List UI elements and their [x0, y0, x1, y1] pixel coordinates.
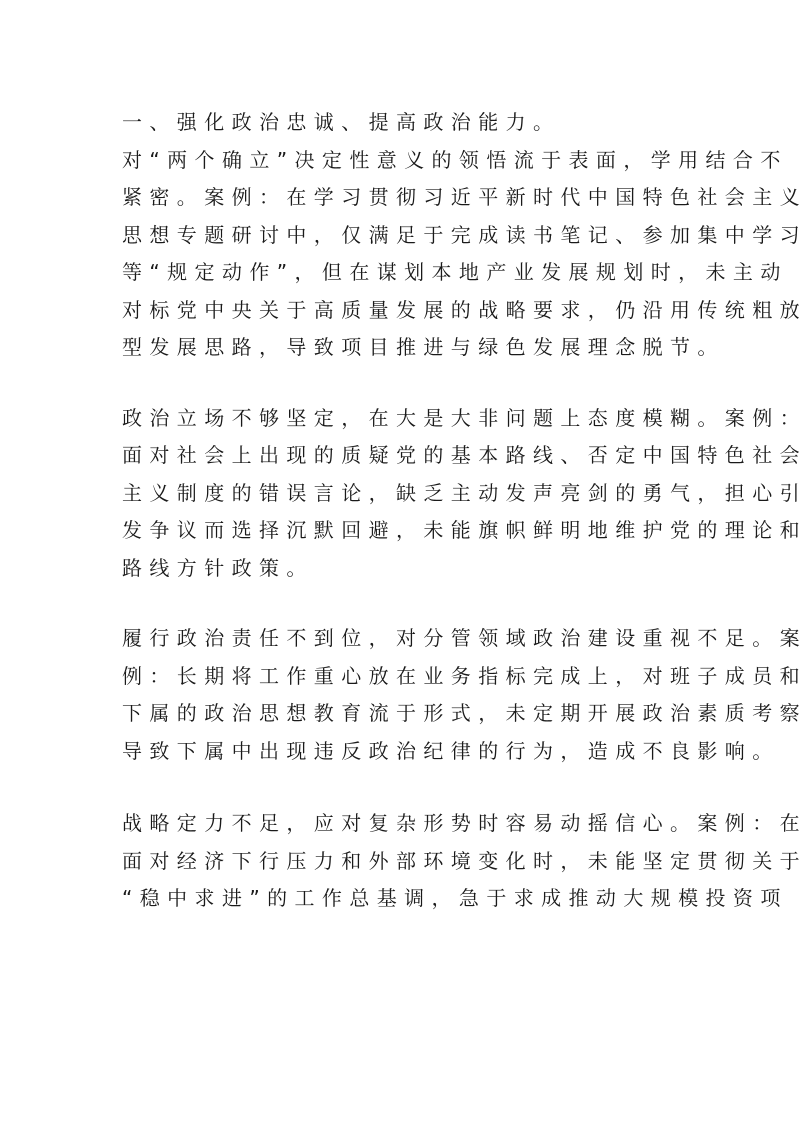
document-page: 一、强化政治忠诚、提高政治能力。 对“两个确立”决定性意义的领悟流于表面，学用结… — [122, 108, 682, 922]
paragraph-political-stance: 政治立场不够坚定，在大是大非问题上态度模糊。案例： 面对社会上出现的质疑党的基本… — [122, 404, 682, 592]
text-line: 履行政治责任不到位，对分管领域政治建设重视不足。案 — [122, 624, 682, 662]
text-line: 主义制度的错误言论，缺乏主动发声亮剑的勇气，担心引 — [122, 479, 682, 517]
text-line: 下属的政治思想教育流于形式，未定期开展政治素质考察 — [122, 699, 682, 737]
text-line: 路线方针政策。 — [122, 554, 682, 592]
paragraph-section-1: 一、强化政治忠诚、提高政治能力。 对“两个确立”决定性意义的领悟流于表面，学用结… — [122, 108, 682, 371]
text-line: 战略定力不足，应对复杂形势时容易动摇信心。案例：在 — [122, 809, 682, 847]
text-line: 面对经济下行压力和外部环境变化时，未能坚定贯彻关于 — [122, 847, 682, 885]
text-line: 型发展思路，导致项目推进与绿色发展理念脱节。 — [122, 333, 682, 371]
section-heading: 一、强化政治忠诚、提高政治能力。 — [122, 108, 682, 146]
text-line: 例：长期将工作重心放在业务指标完成上，对班子成员和 — [122, 662, 682, 700]
paragraph-spacer — [122, 774, 682, 809]
text-line: 对标党中央关于高质量发展的战略要求，仍沿用传统粗放 — [122, 296, 682, 334]
text-line: “稳中求进”的工作总基调，急于求成推动大规模投资项 — [122, 884, 682, 922]
text-line: 紧密。案例：在学习贯彻习近平新时代中国特色社会主义 — [122, 183, 682, 221]
paragraph-spacer — [122, 371, 682, 404]
paragraph-strategic-resolve: 战略定力不足，应对复杂形势时容易动摇信心。案例：在 面对经济下行压力和外部环境变… — [122, 809, 682, 922]
text-line: 思想专题研讨中，仅满足于完成读书笔记、参加集中学习 — [122, 221, 682, 259]
paragraph-spacer — [122, 591, 682, 624]
text-line: 面对社会上出现的质疑党的基本路线、否定中国特色社会 — [122, 441, 682, 479]
text-line: 政治立场不够坚定，在大是大非问题上态度模糊。案例： — [122, 404, 682, 442]
text-line: 对“两个确立”决定性意义的领悟流于表面，学用结合不 — [122, 146, 682, 184]
text-line: 等“规定动作”，但在谋划本地产业发展规划时，未主动 — [122, 258, 682, 296]
text-line: 发争议而选择沉默回避，未能旗帜鲜明地维护党的理论和 — [122, 516, 682, 554]
text-line: 导致下属中出现违反政治纪律的行为，造成不良影响。 — [122, 737, 682, 775]
paragraph-political-responsibility: 履行政治责任不到位，对分管领域政治建设重视不足。案 例：长期将工作重心放在业务指… — [122, 624, 682, 774]
